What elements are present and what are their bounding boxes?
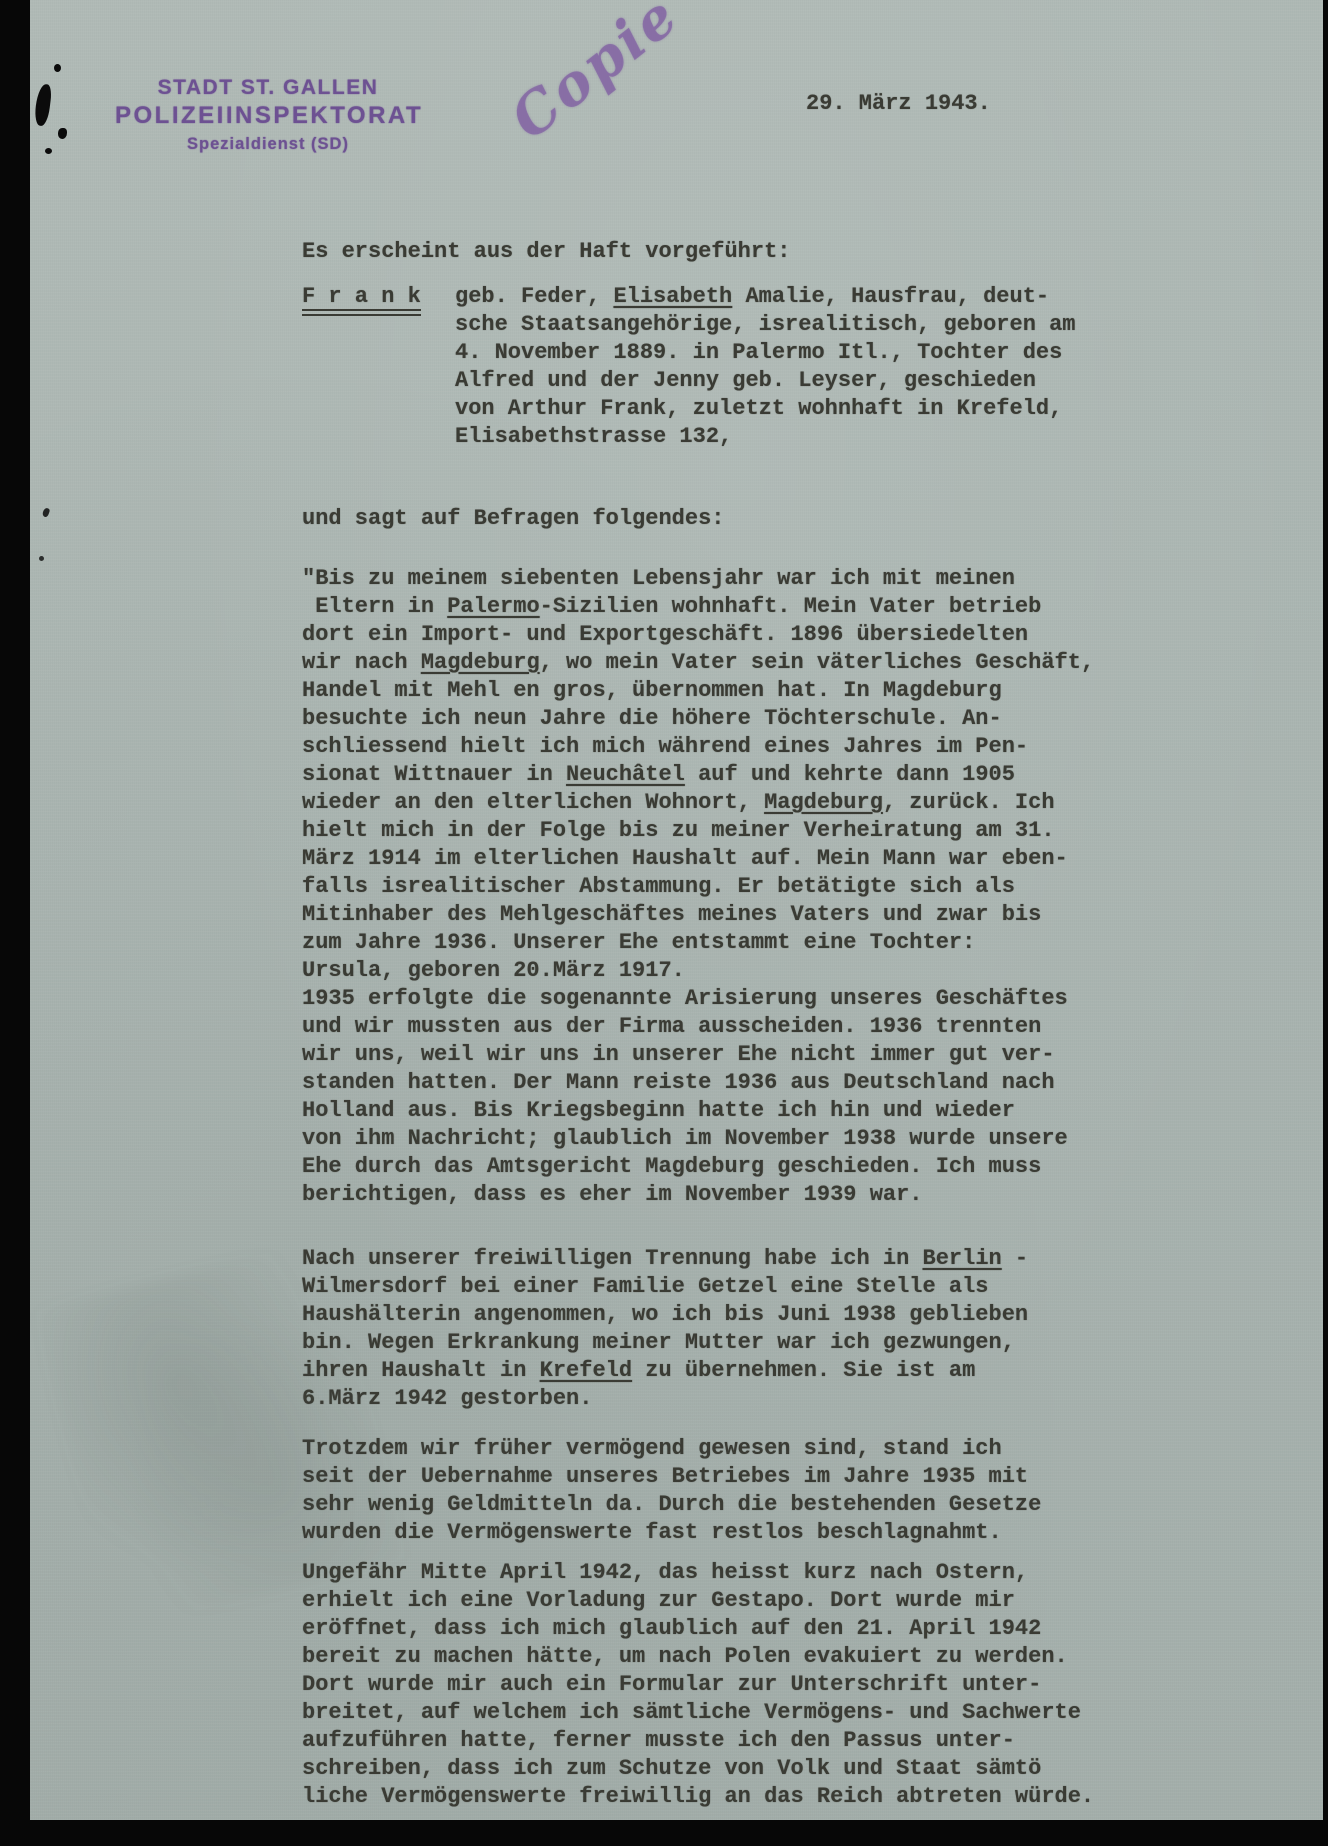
text-line: ihren Haushalt in Krefeld zu übernehmen.… — [302, 1357, 1138, 1385]
text-line: 6.März 1942 gestorben. — [302, 1385, 1138, 1413]
text-line: Haushälterin angenommen, wo ich bis Juni… — [302, 1301, 1138, 1329]
text-line: Wilmersdorf bei einer Familie Getzel ein… — [302, 1273, 1138, 1301]
text-line: berichtigen, dass es eher im November 19… — [302, 1181, 1138, 1209]
police-office-stamp: STADT ST. GALLEN POLIZEIINSPEKTORAT Spez… — [115, 76, 421, 154]
text-line: aufzuführen hatte, ferner musste ich den… — [302, 1727, 1138, 1755]
subject-block: F r a n k geb. Feder, Elisabeth Amalie, … — [302, 283, 1138, 451]
text-line: liche Vermögenswerte freiwillig an das R… — [302, 1783, 1138, 1811]
text-line: Trotzdem wir früher vermögend gewesen si… — [302, 1435, 1138, 1463]
text-line: und wir mussten aus der Firma ausscheide… — [302, 1013, 1138, 1041]
text-line: wir nach Magdeburg, wo mein Vater sein v… — [302, 649, 1138, 677]
text-line: falls isrealitischer Abstammung. Er betä… — [302, 873, 1138, 901]
text-line: bereit zu machen hätte, um nach Polen ev… — [302, 1643, 1138, 1671]
text-line: März 1914 im elterlichen Haushalt auf. M… — [302, 845, 1138, 873]
statement-paragraph-2: Nach unserer freiwilligen Trennung habe … — [302, 1245, 1138, 1413]
ink-blot — [45, 148, 52, 154]
stamp-office-line: POLIZEIINSPEKTORAT — [115, 102, 421, 130]
text-line: Elisabethstrasse 132, — [455, 423, 1076, 451]
text-line: eröffnet, dass ich mich glaublich auf de… — [302, 1615, 1138, 1643]
intro-line: Es erscheint aus der Haft vorgeführt: — [302, 238, 1138, 266]
text-line: geb. Feder, Elisabeth Amalie, Hausfrau, … — [455, 283, 1076, 311]
text-line: von Arthur Frank, zuletzt wohnhaft in Kr… — [455, 395, 1076, 423]
ink-blot — [33, 83, 52, 126]
text-line: sehr wenig Geldmitteln da. Durch die bes… — [302, 1491, 1138, 1519]
text-line: wurden die Vermögenswerte fast restlos b… — [302, 1519, 1138, 1547]
copie-stamp: Copie — [488, 0, 702, 161]
ink-speck — [42, 507, 51, 518]
subject-details: geb. Feder, Elisabeth Amalie, Hausfrau, … — [455, 283, 1076, 451]
text-line: hielt mich in der Folge bis zu meiner Ve… — [302, 817, 1138, 845]
text-line: Holland aus. Bis Kriegsbeginn hatte ich … — [302, 1097, 1138, 1125]
stamp-city-line: STADT ST. GALLEN — [115, 76, 421, 100]
text-line: schliessend hielt ich mich während eines… — [302, 733, 1138, 761]
statement-paragraph-3: Trotzdem wir früher vermögend gewesen si… — [302, 1435, 1138, 1547]
text-line: sionat Wittnauer in Neuchâtel auf und ke… — [302, 761, 1138, 789]
subject-name: F r a n k — [302, 283, 455, 311]
text-line: "Bis zu meinem siebenten Lebensjahr war … — [302, 565, 1138, 593]
text-line: sche Staatsangehörige, isrealitisch, geb… — [455, 311, 1076, 339]
text-line: Nach unserer freiwilligen Trennung habe … — [302, 1245, 1138, 1273]
text-line: 1935 erfolgte die sogenannte Arisierung … — [302, 985, 1138, 1013]
text-line: Mitinhaber des Mehlgeschäftes meines Vat… — [302, 901, 1138, 929]
text-line: wir uns, weil wir uns in unserer Ehe nic… — [302, 1041, 1138, 1069]
statement-paragraph-4: Ungefähr Mitte April 1942, das heisst ku… — [302, 1559, 1138, 1811]
document-page: STADT ST. GALLEN POLIZEIINSPEKTORAT Spez… — [30, 0, 1323, 1820]
stamp-unit-line: Spezialdienst (SD) — [115, 135, 421, 154]
text-line: schreiben, dass ich zum Schutze von Volk… — [302, 1755, 1138, 1783]
document-date: 29. März 1943. — [806, 90, 991, 118]
text-line: 4. November 1889. in Palermo Itl., Tocht… — [455, 339, 1076, 367]
text-line: von ihm Nachricht; glaublich im November… — [302, 1125, 1138, 1153]
statement-paragraph-1: "Bis zu meinem siebenten Lebensjahr war … — [302, 565, 1138, 1209]
text-line: Alfred und der Jenny geb. Leyser, geschi… — [455, 367, 1076, 395]
ink-speck — [39, 556, 44, 561]
text-line: Handel mit Mehl en gros, übernommen hat.… — [302, 677, 1138, 705]
text-line: wieder an den elterlichen Wohnort, Magde… — [302, 789, 1138, 817]
ink-blot — [58, 128, 67, 139]
text-line: Ungefähr Mitte April 1942, das heisst ku… — [302, 1559, 1138, 1587]
text-line: Ehe durch das Amtsgericht Magdeburg gesc… — [302, 1153, 1138, 1181]
text-line: seit der Uebernahme unseres Betriebes im… — [302, 1463, 1138, 1491]
document-body: Es erscheint aus der Haft vorgeführt: F … — [302, 238, 1138, 1811]
text-line: erhielt ich eine Vorladung zur Gestapo. … — [302, 1587, 1138, 1615]
text-line: bin. Wegen Erkrankung meiner Mutter war … — [302, 1329, 1138, 1357]
statement-intro: und sagt auf Befragen folgendes: — [302, 505, 1138, 533]
text-line: dort ein Import- und Exportgeschäft. 189… — [302, 621, 1138, 649]
text-line: breitet, auf welchem ich sämtliche Vermö… — [302, 1699, 1138, 1727]
text-line: Ursula, geboren 20.März 1917. — [302, 957, 1138, 985]
text-line: Dort wurde mir auch ein Formular zur Unt… — [302, 1671, 1138, 1699]
text-line: standen hatten. Der Mann reiste 1936 aus… — [302, 1069, 1138, 1097]
text-line: Eltern in Palermo-Sizilien wohnhaft. Mei… — [302, 593, 1138, 621]
text-line: zum Jahre 1936. Unserer Ehe entstammt ei… — [302, 929, 1138, 957]
ink-blot — [54, 64, 61, 72]
text-line: besuchte ich neun Jahre die höhere Töcht… — [302, 705, 1138, 733]
subject-name-text: F r a n k — [302, 284, 421, 316]
